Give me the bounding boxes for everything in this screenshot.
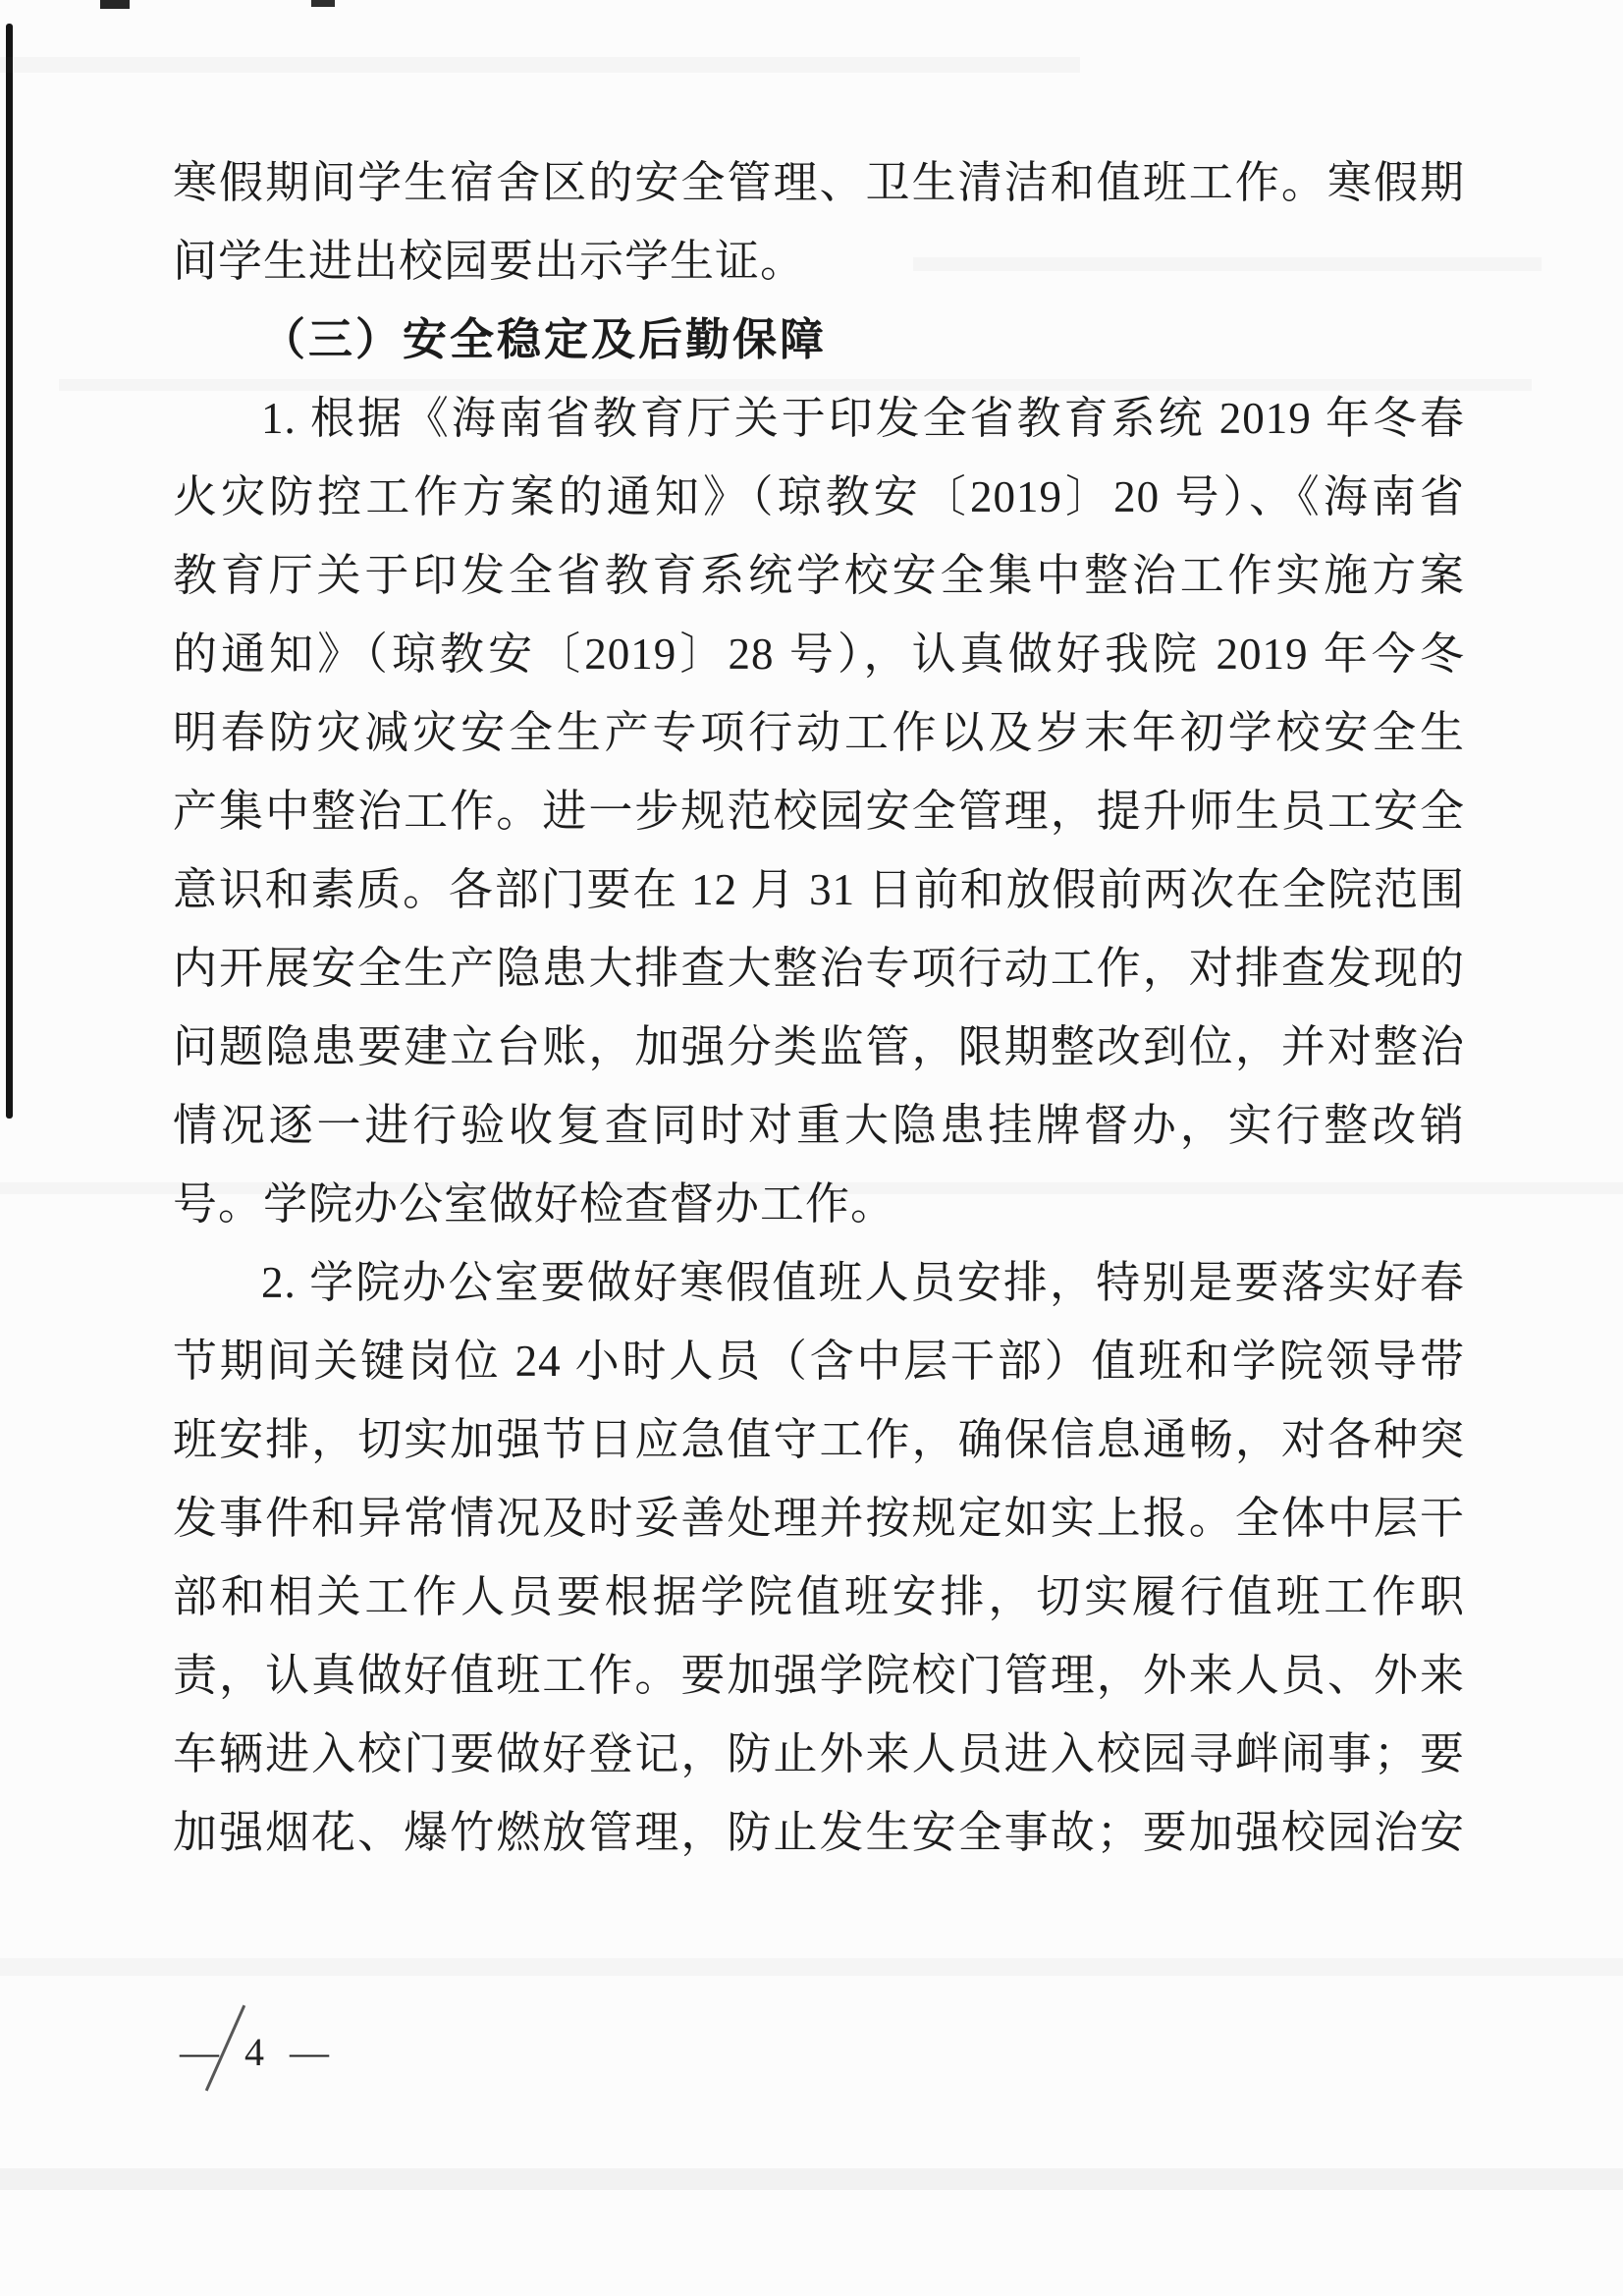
scan-smudge [0,1958,1623,1976]
text-line: 意识和素质。各部门要在 12 月 31 日前和放假前两次在全院范围 [173,850,1465,929]
text-line: 产集中整治工作。进一步规范校园安全管理，提升师生员工安全 [173,772,1465,850]
text-line: 问题隐患要建立台账，加强分类监管，限期整改到位，并对整治 [173,1008,1465,1086]
text-line: 部和相关工作人员要根据学院值班安排，切实履行值班工作职 [173,1558,1465,1636]
scan-top-mark [311,0,335,7]
page-number: — 4 — [180,2029,337,2075]
text-line: 2. 学院办公室要做好寒假值班人员安排，特别是要落实好春 [173,1243,1465,1322]
section-heading: （三）安全稳定及后勤保障 [173,301,1465,379]
text-line: 班安排，切实加强节日应急值守工作，确保信息通畅，对各种突 [173,1400,1465,1479]
text-line: 节期间关键岗位 24 小时人员（含中层干部）值班和学院领导带 [173,1322,1465,1400]
text-line: 1. 根据《海南省教育厅关于印发全省教育系统 2019 年冬春 [173,379,1465,458]
text-line: 寒假期间学生宿舍区的安全管理、卫生清洁和值班工作。寒假期 [173,143,1465,222]
text-line: 内开展安全生产隐患大排查大整治专项行动工作，对排查发现的 [173,929,1465,1008]
text-line: 明春防灾减灾安全生产专项行动工作以及岁末年初学校安全生 [173,693,1465,772]
text-line: 教育厅关于印发全省教育系统学校安全集中整治工作实施方案 [173,536,1465,615]
text-line: 情况逐一进行验收复查同时对重大隐患挂牌督办，实行整改销 [173,1086,1465,1165]
text-line: 的通知》（琼教安〔2019〕28 号），认真做好我院 2019 年今冬 [173,615,1465,693]
text-line: 间学生进出校园要出示学生证。 [173,222,1465,301]
text-line: 号。学院办公室做好检查督办工作。 [173,1165,1465,1243]
scan-smudge [0,57,1080,73]
scan-top-mark [100,0,130,9]
text-line: 车辆进入校门要做好登记，防止外来人员进入校园寻衅闹事；要 [173,1715,1465,1793]
text-line: 发事件和异常情况及时妥善处理并按规定如实上报。全体中层干 [173,1479,1465,1558]
text-line: 火灾防控工作方案的通知》（琼教安〔2019〕20 号）、《海南省 [173,458,1465,536]
scan-edge-artifact [6,24,13,1119]
scanned-document-page: 寒假期间学生宿舍区的安全管理、卫生清洁和值班工作。寒假期 间学生进出校园要出示学… [0,0,1623,2296]
text-line: 加强烟花、爆竹燃放管理，防止发生安全事故；要加强校园治安 [173,1793,1465,1872]
document-body: 寒假期间学生宿舍区的安全管理、卫生清洁和值班工作。寒假期 间学生进出校园要出示学… [173,143,1465,1872]
text-line: 责，认真做好值班工作。要加强学院校门管理，外来人员、外来 [173,1636,1465,1715]
scan-smudge [0,2168,1623,2190]
